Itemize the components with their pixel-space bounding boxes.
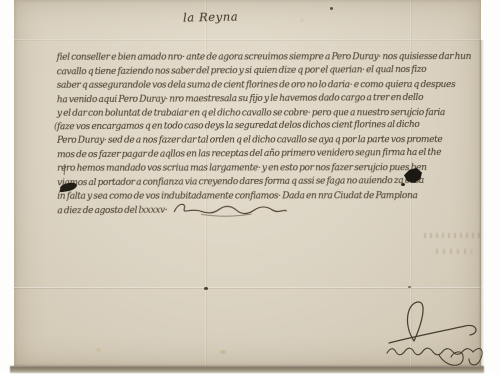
dateline-text: a diez de agosto del lxxxxv· — [57, 204, 167, 219]
signature-flourish-icon — [381, 295, 487, 371]
fold-crease-horizontal-top — [14, 39, 481, 42]
rubric-flourish-icon — [171, 198, 289, 217]
bleed-through-marks — [424, 233, 481, 238]
paper-edge-shadow — [480, 40, 484, 367]
margin-annotation-mark: ( · — [54, 122, 63, 132]
manuscript-line: ha venido aqui Pero Duray· nro maestresa… — [57, 91, 459, 107]
manuscript-line: mos de os fazer pagar de aqllos en las r… — [57, 147, 459, 163]
fold-crease-horizontal-main — [14, 287, 481, 290]
manuscript-dateline-row: a diez de agosto del lxxxxv· — [57, 202, 459, 218]
photograph-background: la Reyna fiel conseller e bien amado nro… — [0, 0, 500, 374]
foxing-spot — [220, 350, 226, 354]
foxing-spot — [300, 19, 304, 22]
foxing-spot — [96, 348, 101, 352]
ink-speck — [408, 286, 411, 288]
manuscript-text-block: fiel conseller e bien amado nro· ante de… — [57, 50, 460, 218]
ink-blot-small-dot — [401, 183, 405, 186]
paper-bottom-shadow — [10, 366, 484, 373]
bleed-through-marks — [436, 249, 472, 254]
ink-speck — [204, 287, 208, 290]
signature-flourish — [381, 295, 487, 374]
manuscript-line: viamos al portador a confianza via creye… — [57, 175, 459, 191]
document-heading: la Reyna — [183, 9, 238, 24]
manuscript-line: cavallo q tiene faziendo nos saber del p… — [57, 64, 459, 80]
ink-speck — [330, 7, 333, 10]
